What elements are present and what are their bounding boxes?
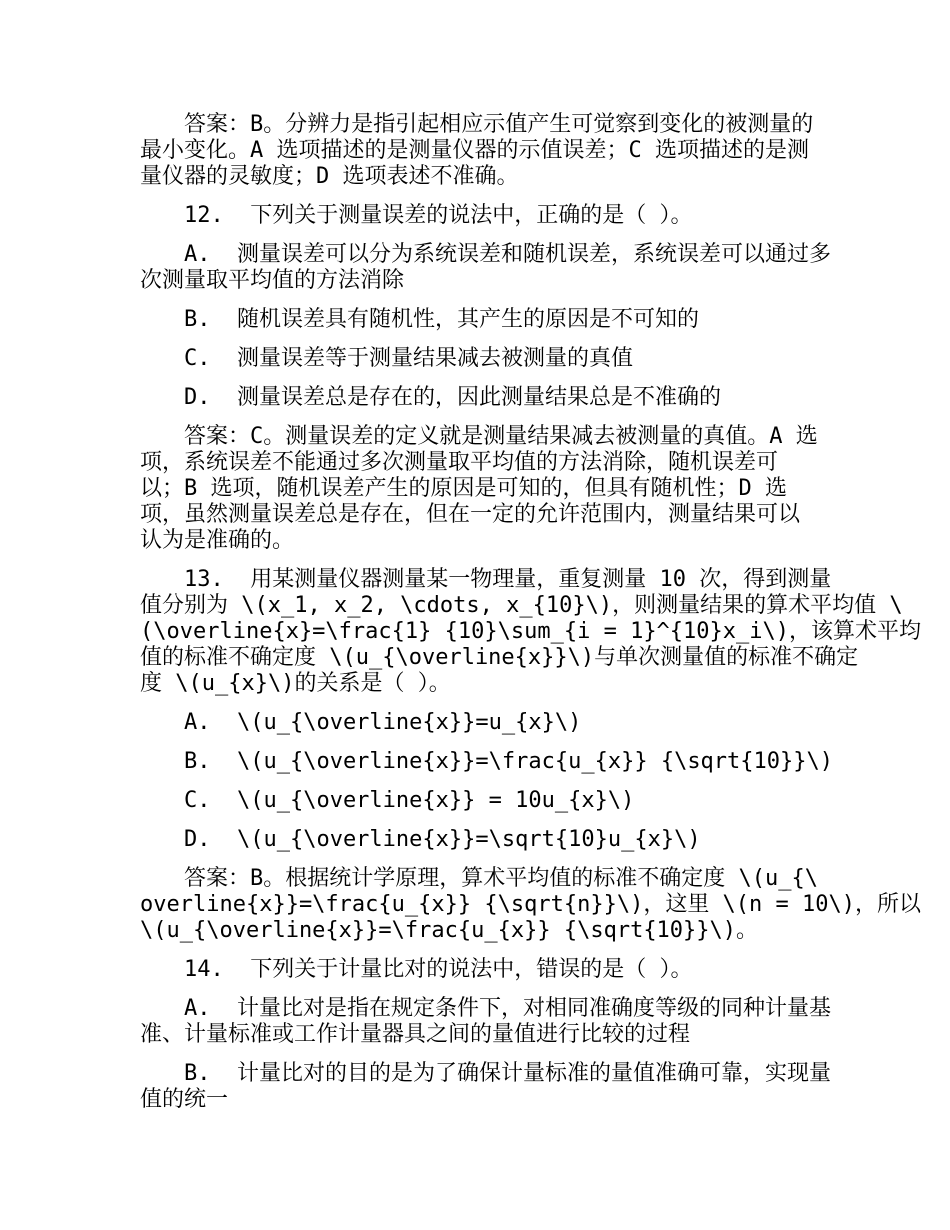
question-13-option-a: A. \(u_{\overline{x}}=u_{x}\)	[140, 710, 812, 736]
document-page: 答案：B。分辨力是指引起相应示值产生可觉察到变化的被测量的 最小变化。A 选项描…	[0, 0, 950, 1230]
question-12-option-c: C. 测量误差等于测量结果减去被测量的真值	[140, 346, 812, 372]
question-13: 13. 用某测量仪器测量某一物理量，重复测量 10 次，得到测量 值分别为 \(…	[140, 567, 812, 697]
question-12: 12. 下列关于测量误差的说法中，正确的是（ ）。	[140, 203, 812, 229]
question-13-option-b: B. \(u_{\overline{x}}=\frac{u_{x}} {\sqr…	[140, 749, 812, 775]
answer-13: 答案：B。根据统计学原理，算术平均值的标准不确定度 \(u_{\ overlin…	[140, 866, 812, 944]
question-12-option-b: B. 随机误差具有随机性，其产生的原因是不可知的	[140, 307, 812, 333]
question-13-option-d: D. \(u_{\overline{x}}=\sqrt{10}u_{x}\)	[140, 827, 812, 853]
question-12-option-a: A. 测量误差可以分为系统误差和随机误差，系统误差可以通过多 次测量取平均值的方…	[140, 242, 812, 294]
question-14-option-a: A. 计量比对是指在规定条件下，对相同准确度等级的同种计量基 准、计量标准或工作…	[140, 996, 812, 1048]
answer-12: 答案：C。测量误差的定义就是测量结果减去被测量的真值。A 选 项，系统误差不能通…	[140, 424, 812, 554]
text-content: 答案：B。分辨力是指引起相应示值产生可觉察到变化的被测量的 最小变化。A 选项描…	[140, 112, 812, 1113]
question-13-option-c: C. \(u_{\overline{x}} = 10u_{x}\)	[140, 788, 812, 814]
answer-11: 答案：B。分辨力是指引起相应示值产生可觉察到变化的被测量的 最小变化。A 选项描…	[140, 112, 812, 190]
question-12-option-d: D. 测量误差总是存在的，因此测量结果总是不准确的	[140, 385, 812, 411]
question-14-option-b: B. 计量比对的目的是为了确保计量标准的量值准确可靠，实现量 值的统一	[140, 1061, 812, 1113]
question-14: 14. 下列关于计量比对的说法中，错误的是（ ）。	[140, 957, 812, 983]
